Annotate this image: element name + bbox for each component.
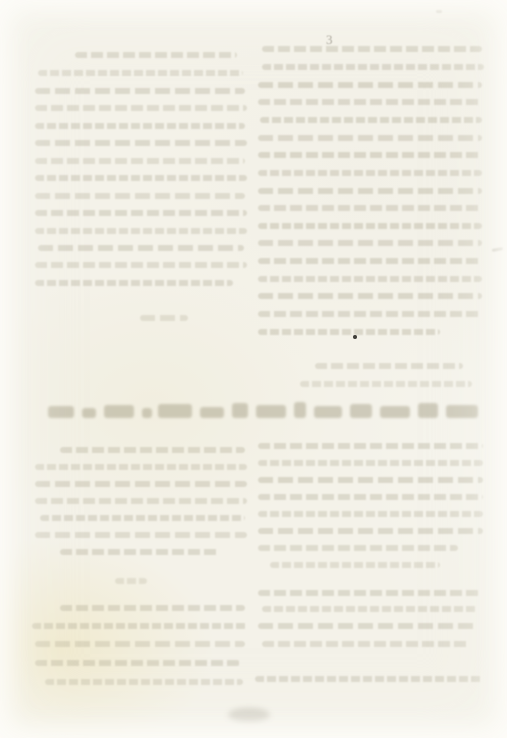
text-line <box>35 641 245 647</box>
text-line <box>115 578 147 584</box>
text-line <box>258 240 482 246</box>
text-line <box>258 135 482 141</box>
text-line <box>262 641 470 647</box>
text-line <box>60 605 245 611</box>
text-line <box>300 381 472 387</box>
text-line <box>258 590 480 596</box>
heading-segment <box>104 405 134 418</box>
text-line <box>258 443 483 449</box>
text-line <box>35 88 245 94</box>
text-line <box>35 498 247 504</box>
text-line <box>35 193 245 199</box>
text-line <box>38 245 244 251</box>
heading-segment <box>256 405 286 418</box>
text-line <box>258 545 458 551</box>
heading-segment <box>48 406 74 418</box>
text-line <box>35 464 247 470</box>
heading-segment <box>142 408 152 418</box>
heading-segment <box>200 407 224 418</box>
heading-segment <box>418 403 438 418</box>
text-line <box>60 447 245 453</box>
text-line <box>258 293 482 299</box>
scanned-document-page: 3 <box>0 0 507 738</box>
text-line <box>258 511 483 517</box>
text-line <box>40 515 245 521</box>
text-line <box>258 188 482 194</box>
text-line <box>258 623 478 629</box>
heading-segment <box>294 402 306 418</box>
text-line <box>35 123 245 129</box>
text-line <box>258 152 482 158</box>
text-line <box>258 477 483 483</box>
text-line <box>35 228 247 234</box>
heading-segment <box>158 404 192 418</box>
text-line <box>35 660 240 666</box>
text-line <box>258 276 482 282</box>
text-line <box>255 676 483 682</box>
heading-segment <box>314 406 342 418</box>
text-line <box>35 481 247 487</box>
text-line <box>258 311 482 317</box>
text-line <box>35 175 247 181</box>
footer-smudge <box>228 708 270 722</box>
text-line <box>32 623 247 629</box>
text-line <box>258 258 482 264</box>
heading-segment <box>380 406 410 418</box>
text-line <box>315 363 463 369</box>
text-line <box>258 170 482 176</box>
text-line <box>45 679 243 685</box>
text-line <box>35 140 247 146</box>
text-line <box>35 210 247 216</box>
top-speck <box>436 10 442 13</box>
text-line <box>258 494 483 500</box>
text-line <box>38 70 243 76</box>
text-line <box>270 562 440 568</box>
text-line <box>258 99 482 105</box>
text-line <box>35 532 247 538</box>
right-edge-speck <box>492 247 503 252</box>
heading-segment <box>232 403 248 418</box>
text-line <box>258 223 482 229</box>
heading-segment <box>446 405 478 418</box>
heading-segment <box>350 404 372 418</box>
text-line <box>262 64 484 70</box>
heading-segment <box>82 408 96 418</box>
text-line <box>262 606 477 612</box>
text-line <box>258 528 483 534</box>
period-dot-mark <box>353 335 357 339</box>
text-line <box>60 549 220 555</box>
text-line <box>258 329 440 335</box>
text-line <box>35 105 247 111</box>
text-line <box>262 46 482 52</box>
text-line <box>258 460 483 466</box>
text-line <box>35 280 233 286</box>
text-line <box>35 158 245 164</box>
text-line <box>258 205 482 211</box>
text-line <box>35 262 247 268</box>
text-line <box>258 82 482 88</box>
text-line <box>140 315 188 321</box>
text-line <box>75 52 237 58</box>
text-line <box>260 117 482 123</box>
